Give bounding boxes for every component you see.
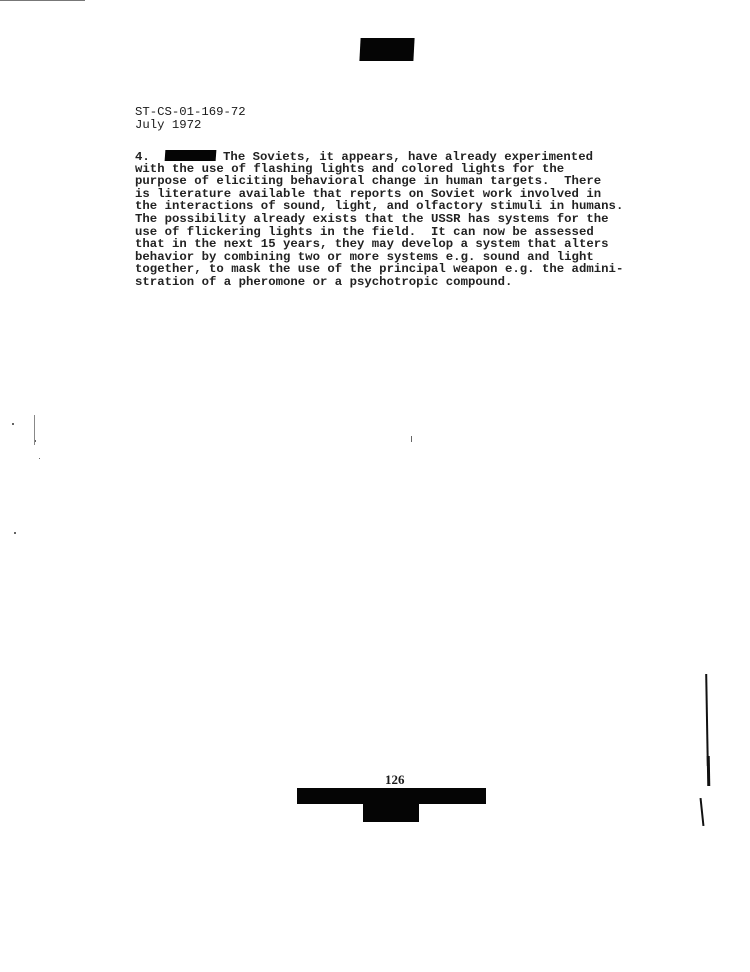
- redaction-inline: [164, 150, 216, 161]
- paragraph-line: purpose of eliciting behavioral change i…: [135, 175, 635, 188]
- document-date: July 1972: [135, 119, 201, 132]
- scan-mark: [411, 436, 412, 442]
- scan-mark-margin-line: [705, 674, 709, 766]
- scan-mark-margin-line: [707, 756, 711, 786]
- paragraph-first-line: 4. The Soviets, it appears, have already…: [135, 150, 635, 163]
- paragraph-line: stration of a pheromone or a psychotropi…: [135, 276, 635, 289]
- scan-speck: [12, 423, 14, 425]
- redaction-block-top: [359, 38, 414, 61]
- scan-mark: [34, 415, 35, 445]
- scan-speck: [39, 458, 40, 459]
- scan-edge-line: [0, 0, 85, 1]
- paragraph-line: The possibility already exists that the …: [135, 213, 635, 226]
- paragraph-line: that in the next 15 years, they may deve…: [135, 238, 635, 251]
- scan-mark-margin-line: [700, 798, 705, 826]
- page-number: 126: [385, 772, 405, 788]
- redaction-block-bottom-narrow: [363, 803, 419, 822]
- redaction-block-bottom-wide: [297, 788, 486, 804]
- paragraph-4: 4. The Soviets, it appears, have already…: [135, 150, 635, 289]
- scan-speck: [14, 532, 16, 534]
- document-page: ST-CS-01-169-72 July 1972 4. The Soviets…: [0, 0, 750, 972]
